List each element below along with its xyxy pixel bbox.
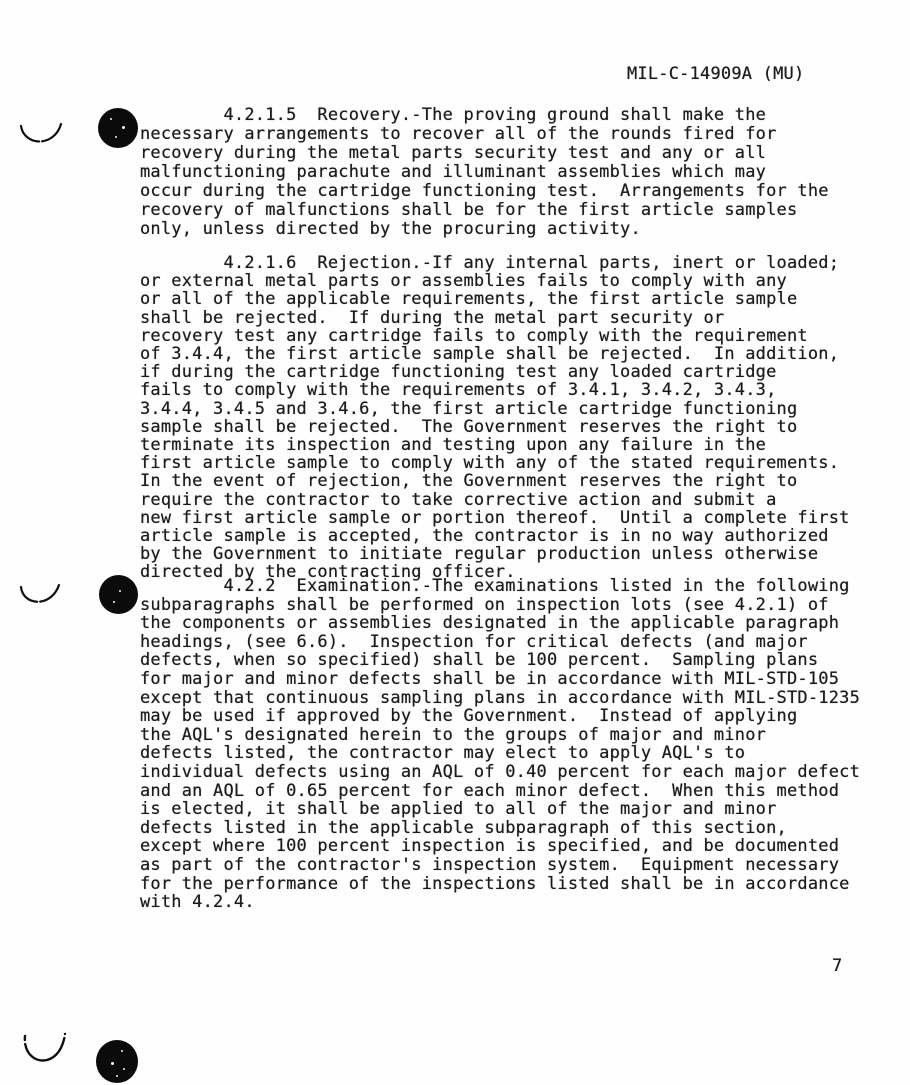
punch-hole-top — [98, 108, 138, 148]
binder-ring-mark-top — [18, 120, 64, 154]
binder-ring-mark-middle — [18, 582, 62, 614]
paragraph-4-2-2-examination: 4.2.2 Examination.-The examinations list… — [140, 577, 860, 912]
scanned-document-page: MIL-C-14909A (MU) 4.2.1.5 Recovery.-The … — [0, 0, 910, 1085]
paragraph-4-2-1-6-rejection: 4.2.1.6 Rejection.-If any internal parts… — [140, 254, 850, 582]
binder-ring-mark-bottom — [20, 1028, 70, 1074]
punch-hole-bottom — [96, 1040, 138, 1083]
punch-hole-middle — [99, 575, 138, 614]
page-number: 7 — [832, 956, 842, 976]
paragraph-4-2-1-5-recovery: 4.2.1.5 Recovery.-The proving ground sha… — [140, 106, 829, 239]
doc-spec-number: MIL-C-14909A (MU) — [627, 64, 804, 84]
